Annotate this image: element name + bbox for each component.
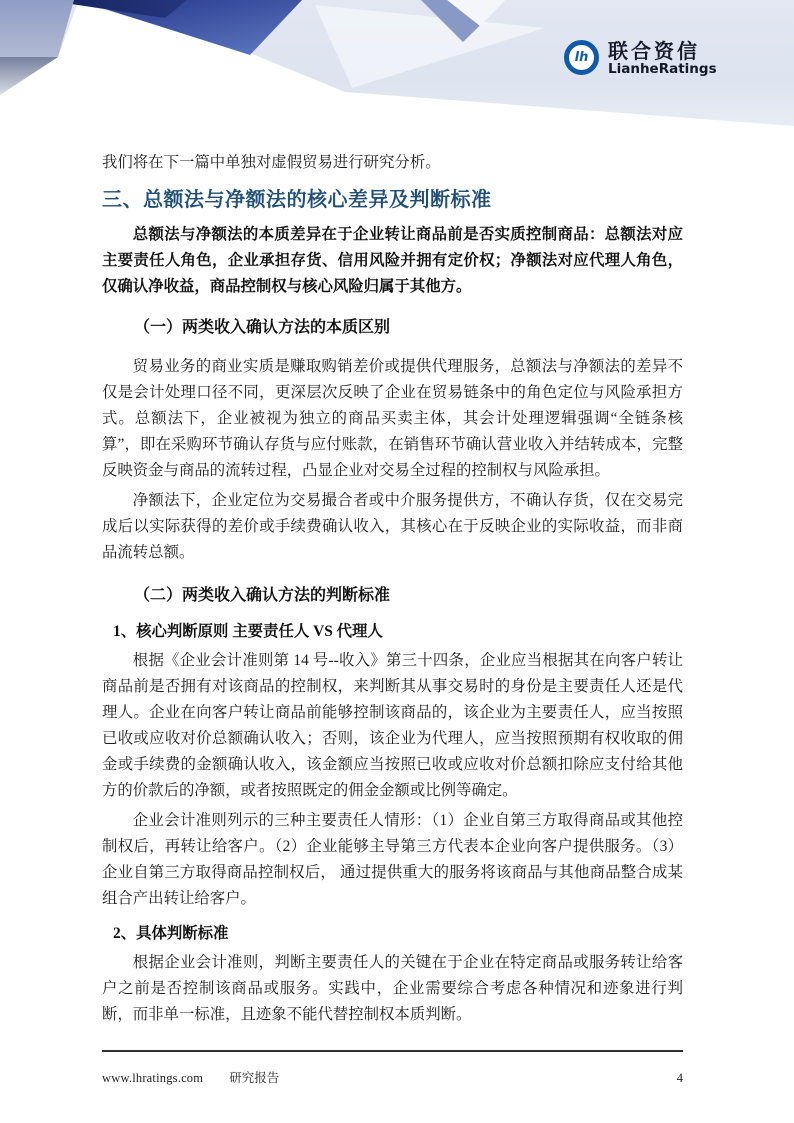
footer-website: www.lhratings.com (102, 1071, 203, 1086)
body-paragraph: 净额法下，企业定位为交易撮合者或中介服务提供方，不确认存货，仅在交易完成后以实际… (102, 488, 683, 566)
body-paragraph: 贸易业务的商业实质是赚取购销差价或提供代理服务，总额法与净额法的差异不仅是会计处… (102, 354, 683, 484)
intro-paragraph: 我们将在下一篇中单独对虚假贸易进行研究分析。 (102, 150, 683, 176)
brand-name-cn: 联合资信 (608, 40, 717, 62)
body-paragraph: 企业会计准则列示的三种主要责任人情形：（1）企业自第三方取得商品或其他控制权后，… (102, 808, 683, 912)
brand-name-en: LianheRatings (608, 62, 717, 77)
lianhe-logo: lh 联合资信 LianheRatings (564, 40, 717, 77)
page-number: 4 (677, 1071, 683, 1086)
page-footer: www.lhratings.com 研究报告 4 (102, 1068, 683, 1086)
section-heading: 三、总额法与净额法的核心差异及判断标准 (102, 186, 683, 214)
subsection-2-heading: （二）两类收入确认方法的判断标准 (102, 584, 683, 608)
logo-text: 联合资信 LianheRatings (608, 40, 717, 77)
footer-doc-type: 研究报告 (229, 1068, 279, 1086)
document-body: 我们将在下一篇中单独对虚假贸易进行研究分析。 三、总额法与净额法的核心差异及判断… (102, 150, 683, 1028)
report-page: lh 联合资信 LianheRatings 我们将在下一篇中单独对虚假贸易进行研… (0, 0, 794, 1123)
lead-paragraph: 总额法与净额法的本质差异在于企业转让商品前是否实质控制商品：总额法对应主要责任人… (102, 222, 683, 300)
item-1-heading: 1、核心判断原则 主要责任人 VS 代理人 (102, 620, 683, 644)
body-paragraph: 根据《企业会计准则第 14 号--收入》第三十四条，企业应当根据其在向客户转让商… (102, 648, 683, 804)
item-2-heading: 2、具体判断标准 (102, 922, 683, 946)
lianhe-logo-icon: lh (564, 40, 599, 75)
footer-divider (102, 1050, 683, 1052)
subsection-1-heading: （一）两类收入确认方法的本质区别 (102, 316, 683, 340)
header-decoration: lh 联合资信 LianheRatings (0, 0, 794, 150)
body-paragraph: 根据企业会计准则，判断主要责任人的关键在于企业在特定商品或服务转让给客户之前是否… (102, 950, 683, 1028)
